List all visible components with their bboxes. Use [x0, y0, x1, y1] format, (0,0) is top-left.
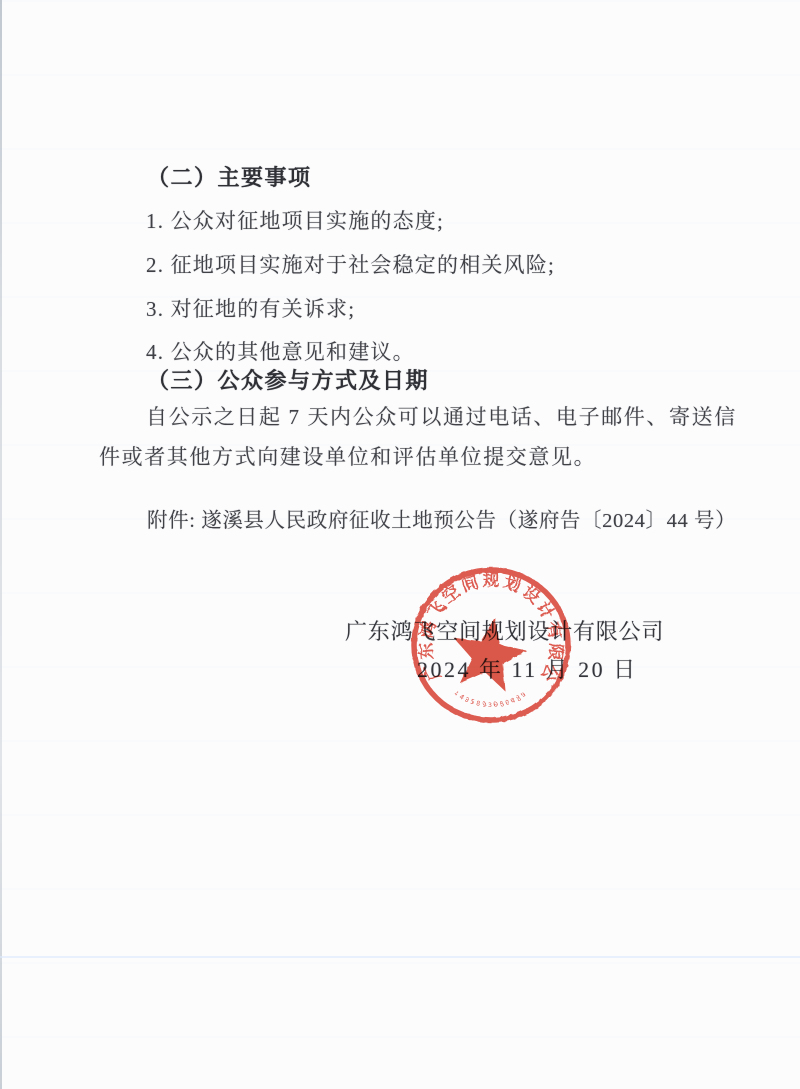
list-item-3: 3. 对征地的有关诉求; [146, 293, 355, 323]
scanned-document-page: （二）主要事项 1. 公众对征地项目实施的态度; 2. 征地项目实施对于社会稳定… [0, 0, 800, 1089]
company-seal: 广东鸿飞空间规划设计有限公司 4405893000089 [407, 565, 575, 727]
section-heading-participation: （三）公众参与方式及日期 [147, 364, 429, 395]
paragraph-line-2: 件或者其他方式向建设单位和评估单位提交意见。 [99, 441, 596, 471]
section-heading-main-items: （二）主要事项 [147, 161, 312, 192]
scan-line-artifact [0, 956, 800, 958]
list-item-4: 4. 公众的其他意见和建议。 [146, 336, 415, 366]
scan-edge-artifact [0, 0, 2, 1089]
seal-serial-number: 4405893000089 [453, 690, 530, 709]
paragraph-line-1: 自公示之日起 7 天内公众可以通过电话、电子邮件、寄送信 [146, 401, 737, 431]
list-item-1: 1. 公众对征地项目实施的态度; [146, 205, 444, 235]
seal-star [454, 618, 527, 692]
list-item-2: 2. 征地项目实施对于社会稳定的相关风险; [146, 249, 555, 279]
svg-text:4405893000089: 4405893000089 [453, 690, 530, 709]
attachment-line: 附件: 遂溪县人民政府征收土地预公告（遂府告〔2024〕44 号） [147, 503, 736, 533]
